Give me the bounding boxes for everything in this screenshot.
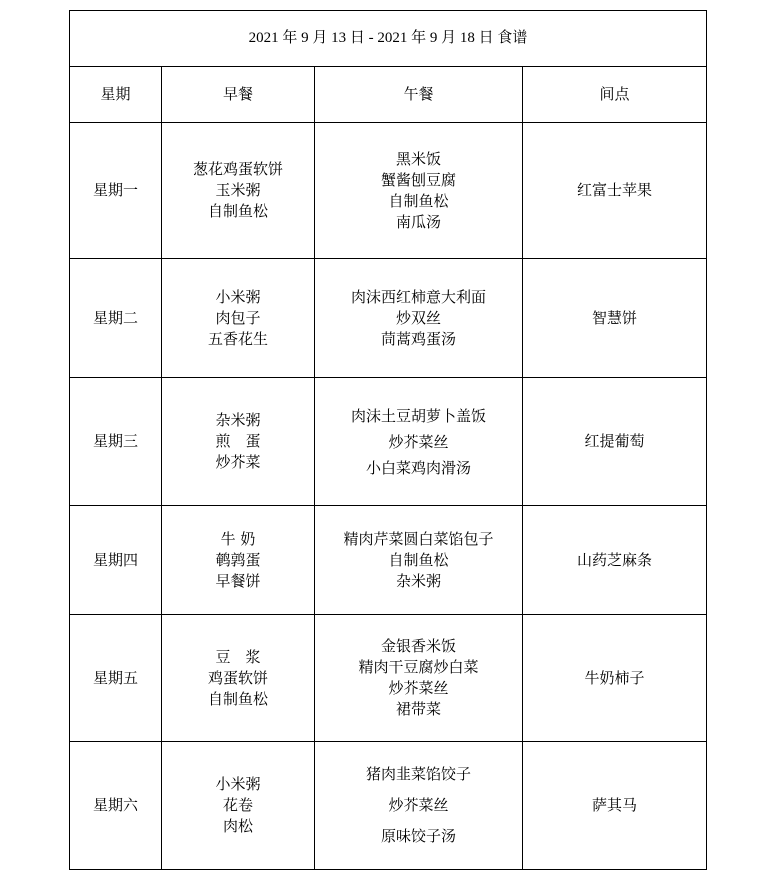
dish: 鹌鹑蛋	[162, 550, 314, 571]
menu-title: 2021 年 9 月 13 日 - 2021 年 9 月 18 日 食谱	[70, 11, 707, 67]
day-cell: 星期一	[70, 123, 162, 259]
dish: 原味饺子汤	[315, 821, 522, 852]
dish: 猪肉韭菜馅饺子	[315, 759, 522, 790]
dish: 茼蒿鸡蛋汤	[315, 329, 522, 350]
table-row-friday: 星期五 豆 浆 鸡蛋软饼 自制鱼松 金银香米饭 精肉干豆腐炒白菜 炒芥菜丝 裙带…	[70, 615, 707, 742]
lunch-cell: 猪肉韭菜馅饺子 炒芥菜丝 原味饺子汤	[315, 742, 523, 870]
dish: 自制鱼松	[162, 689, 314, 710]
dish: 牛 奶	[162, 529, 314, 550]
breakfast-cell: 小米粥 花卷 肉松	[162, 742, 315, 870]
lunch-cell: 金银香米饭 精肉干豆腐炒白菜 炒芥菜丝 裙带菜	[315, 615, 523, 742]
snack-cell: 牛奶柿子	[523, 615, 707, 742]
day-cell: 星期五	[70, 615, 162, 742]
dish: 小米粥	[162, 774, 314, 795]
dish: 豆 浆	[162, 647, 314, 668]
dish: 葱花鸡蛋软饼	[162, 159, 314, 180]
dish: 五香花生	[162, 329, 314, 350]
dish: 肉沫西红柿意大利面	[315, 287, 522, 308]
dish: 炒芥菜	[162, 452, 314, 473]
header-row: 星期 早餐 午餐 间点	[70, 67, 707, 123]
dish: 煎 蛋	[162, 431, 314, 452]
snack-cell: 智慧饼	[523, 259, 707, 378]
snack-cell: 萨其马	[523, 742, 707, 870]
dish: 黑米饭	[315, 149, 522, 170]
breakfast-cell: 葱花鸡蛋软饼 玉米粥 自制鱼松	[162, 123, 315, 259]
dish: 蟹酱刨豆腐	[315, 170, 522, 191]
lunch-cell: 肉沫土豆胡萝卜盖饭 炒芥菜丝 小白菜鸡肉滑汤	[315, 378, 523, 506]
dish: 自制鱼松	[162, 201, 314, 222]
header-snack: 间点	[523, 67, 707, 123]
dish: 杂米粥	[162, 410, 314, 431]
dish: 自制鱼松	[315, 550, 522, 571]
dish: 精肉芹菜圆白菜馅包子	[315, 529, 522, 550]
breakfast-cell: 牛 奶 鹌鹑蛋 早餐饼	[162, 506, 315, 615]
dish: 小白菜鸡肉滑汤	[315, 455, 522, 481]
breakfast-cell: 小米粥 肉包子 五香花生	[162, 259, 315, 378]
dish: 肉松	[162, 816, 314, 837]
dish: 玉米粥	[162, 180, 314, 201]
table-row-tuesday: 星期二 小米粥 肉包子 五香花生 肉沫西红柿意大利面 炒双丝 茼蒿鸡蛋汤 智慧饼	[70, 259, 707, 378]
table-row-thursday: 星期四 牛 奶 鹌鹑蛋 早餐饼 精肉芹菜圆白菜馅包子 自制鱼松 杂米粥 山药芝麻…	[70, 506, 707, 615]
day-cell: 星期六	[70, 742, 162, 870]
dish: 小米粥	[162, 287, 314, 308]
snack-cell: 红富士苹果	[523, 123, 707, 259]
breakfast-cell: 杂米粥 煎 蛋 炒芥菜	[162, 378, 315, 506]
dish: 杂米粥	[315, 571, 522, 592]
day-cell: 星期二	[70, 259, 162, 378]
table-row-saturday: 星期六 小米粥 花卷 肉松 猪肉韭菜馅饺子 炒芥菜丝 原味饺子汤 萨其马	[70, 742, 707, 870]
dish: 炒芥菜丝	[315, 678, 522, 699]
snack-cell: 山药芝麻条	[523, 506, 707, 615]
day-cell: 星期三	[70, 378, 162, 506]
table-row-wednesday: 星期三 杂米粥 煎 蛋 炒芥菜 肉沫土豆胡萝卜盖饭 炒芥菜丝 小白菜鸡肉滑汤 红…	[70, 378, 707, 506]
table-row-monday: 星期一 葱花鸡蛋软饼 玉米粥 自制鱼松 黑米饭 蟹酱刨豆腐 自制鱼松 南瓜汤 红…	[70, 123, 707, 259]
dish: 金银香米饭	[315, 636, 522, 657]
dish: 早餐饼	[162, 571, 314, 592]
breakfast-cell: 豆 浆 鸡蛋软饼 自制鱼松	[162, 615, 315, 742]
snack-cell: 红提葡萄	[523, 378, 707, 506]
header-breakfast: 早餐	[162, 67, 315, 123]
dish: 裙带菜	[315, 699, 522, 720]
dish: 肉包子	[162, 308, 314, 329]
dish: 南瓜汤	[315, 212, 522, 233]
dish: 精肉干豆腐炒白菜	[315, 657, 522, 678]
lunch-cell: 精肉芹菜圆白菜馅包子 自制鱼松 杂米粥	[315, 506, 523, 615]
dish: 自制鱼松	[315, 191, 522, 212]
header-lunch: 午餐	[315, 67, 523, 123]
day-cell: 星期四	[70, 506, 162, 615]
dish: 花卷	[162, 795, 314, 816]
dish: 炒芥菜丝	[315, 790, 522, 821]
header-day: 星期	[70, 67, 162, 123]
dish: 鸡蛋软饼	[162, 668, 314, 689]
dish: 肉沫土豆胡萝卜盖饭	[315, 403, 522, 429]
lunch-cell: 黑米饭 蟹酱刨豆腐 自制鱼松 南瓜汤	[315, 123, 523, 259]
dish: 炒芥菜丝	[315, 429, 522, 455]
dish: 炒双丝	[315, 308, 522, 329]
weekly-menu-table: 2021 年 9 月 13 日 - 2021 年 9 月 18 日 食谱 星期 …	[69, 10, 707, 870]
lunch-cell: 肉沫西红柿意大利面 炒双丝 茼蒿鸡蛋汤	[315, 259, 523, 378]
